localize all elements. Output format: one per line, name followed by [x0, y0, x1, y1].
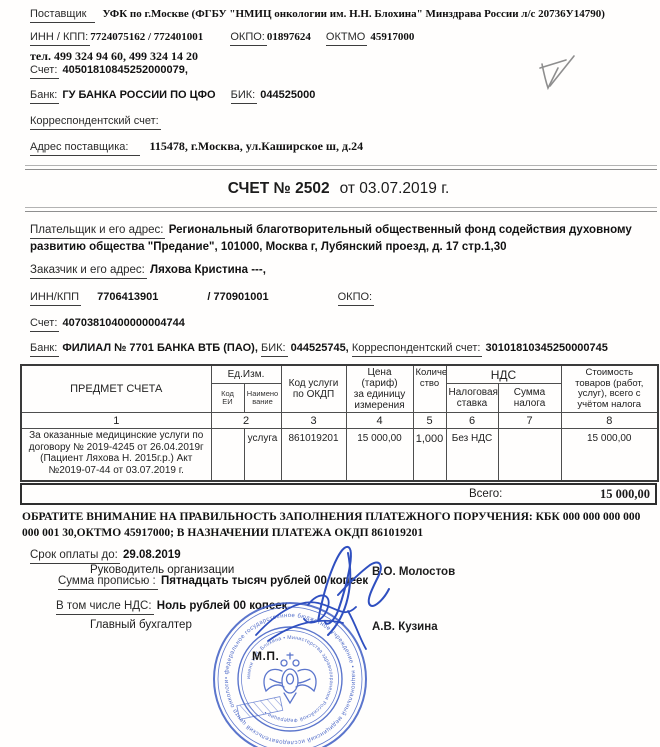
supplier-bik-label: БИК:	[231, 88, 258, 104]
col-unit-header: Ед.Изм.	[211, 365, 281, 384]
cell-vat-sum	[498, 429, 561, 482]
supplier-bank-value: ГУ БАНКА РОССИИ ПО ЦФО	[62, 89, 215, 101]
cell-service-code: 861019201	[281, 429, 346, 482]
invoice-document: Поставщик УФК по г.Москве (ФГБУ "НМИЦ он…	[0, 0, 660, 747]
cell-unit-name: услуга	[244, 429, 281, 482]
due-date-value: 29.08.2019	[123, 549, 181, 561]
amount-in-words-label: Сумма прописью :	[58, 574, 158, 590]
column-numbers-row: 1 2 3 4 5 6 7 8	[21, 413, 658, 429]
supplier-corr-line: Корреспондентский счет:	[30, 114, 652, 130]
invoice-date: от 03.07.2019 г.	[340, 180, 450, 198]
payer-corr-value: 30101810345250000745	[486, 342, 608, 354]
payer-account-label: Счет:	[30, 316, 59, 332]
col-price-header: Цена (тариф) за единицу измерения	[346, 365, 413, 413]
supplier-bank-label: Банк:	[30, 88, 59, 104]
payer-bank-label: Банк:	[30, 341, 59, 357]
col-num: 4	[346, 413, 413, 429]
accountant-signature	[248, 583, 373, 653]
col-unit-code-header: Код ЕИ	[211, 384, 244, 413]
payer-inn-value: 7706413901	[97, 291, 158, 303]
table-header-row: ПРЕДМЕТ СЧЕТА Ед.Изм. Код услуги по ОКДП…	[21, 365, 658, 384]
col-num: 8	[561, 413, 658, 429]
supplier-label: Поставщик	[30, 7, 95, 23]
supplier-address-value: 115478, г.Москва, ул.Каширское ш, д.24	[149, 139, 363, 153]
supplier-okpo-value: 01897624	[267, 31, 311, 43]
col-service-code-header: Код услуги по ОКДП	[281, 365, 346, 413]
col-qty-header: Количе ство	[413, 365, 446, 413]
supplier-oktmo-label: ОКТМО	[326, 30, 367, 46]
payer-account-line: Счет: 40703810400000004744	[30, 316, 652, 332]
supplier-corr-label: Корреспондентский счет:	[30, 114, 161, 130]
due-date-label: Срок оплаты до:	[30, 548, 120, 564]
supplier-inn-kpp-label: ИНН / КПП:	[30, 30, 90, 46]
grand-total-row: Всего: 15 000,00	[20, 483, 657, 505]
table-row: За оказанные медицинские услуги по догов…	[21, 429, 658, 482]
supplier-bik-value: 044525000	[260, 89, 315, 101]
invoice-items-table: ПРЕДМЕТ СЧЕТА Ед.Изм. Код услуги по ОКДП…	[20, 364, 659, 482]
pencil-check-mark	[528, 46, 580, 94]
supplier-oktmo-value: 45917000	[370, 31, 414, 43]
supplier-account-value: 40501810845252000079,	[62, 64, 187, 76]
payer-line: Плательщик и его адрес: Региональный бла…	[30, 222, 652, 255]
col-num: 1	[21, 413, 211, 429]
cell-total: 15 000,00	[561, 429, 658, 482]
payer-bank-line: Банк: ФИЛИАЛ № 7701 БАНКА ВТБ (ПАО), БИК…	[30, 341, 652, 357]
payer-inn-kpp-label: ИНН/КПП	[30, 290, 81, 306]
divider-below-title	[25, 207, 657, 212]
payer-okpo-label: ОКПО:	[338, 290, 374, 306]
supplier-address-line: Адрес поставщика: 115478, г.Москва, ул.К…	[30, 139, 652, 156]
customer-line: Заказчик и его адрес: Ляхова Кристина --…	[30, 263, 652, 279]
payer-corr-label: Корреспондентский счет:	[352, 341, 483, 357]
col-unit-name-header: Наимено вание	[244, 384, 281, 413]
supplier-inn-kpp-value: 7724075162 / 772401001	[90, 31, 203, 43]
invoice-title: СЧЕТ № 2502 от 03.07.2019 г.	[25, 170, 652, 207]
col-total-header: Стоимость товаров (работ, услуг), всего …	[561, 365, 658, 413]
grand-total-value: 15 000,00	[600, 487, 655, 502]
cell-price: 15 000,00	[346, 429, 413, 482]
col-num: 2	[211, 413, 281, 429]
col-num: 3	[281, 413, 346, 429]
payer-label: Плательщик и его адрес:	[30, 222, 165, 239]
col-num: 5	[413, 413, 446, 429]
customer-label: Заказчик и его адрес:	[30, 263, 147, 279]
supplier-address-label: Адрес поставщика:	[30, 140, 140, 156]
col-vat-header: НДС	[446, 365, 561, 384]
supplier-account-label: Счет:	[30, 63, 59, 79]
col-vat-rate-header: Налоговая ставка	[446, 384, 498, 413]
col-subject-header: ПРЕДМЕТ СЧЕТА	[21, 365, 211, 413]
supplier-name: УФК по г.Москве (ФГБУ "НМИЦ онкологии им…	[102, 8, 604, 20]
accountant-title: Главный бухгалтер	[90, 619, 192, 631]
cell-subject: За оказанные медицинские услуги по догов…	[21, 429, 211, 482]
customer-value: Ляхова Кристина ---,	[150, 264, 266, 276]
cell-vat-rate: Без НДС	[446, 429, 498, 482]
payer-kpp-value: / 770901001	[207, 291, 268, 303]
supplier-okpo-label: ОКПО:	[230, 30, 266, 46]
invoice-number: СЧЕТ № 2502	[228, 180, 330, 198]
col-num: 6	[446, 413, 498, 429]
col-num: 7	[498, 413, 561, 429]
director-title: Руководитель организации	[90, 564, 234, 576]
payer-codes-line: ИНН/КПП 7706413901 / 770901001 ОКПО:	[30, 290, 652, 306]
cell-unit-code	[211, 429, 244, 482]
cell-qty: 1,000	[413, 429, 446, 482]
grand-total-label: Всего:	[469, 488, 502, 500]
payer-account-value: 40703810400000004744	[62, 317, 184, 329]
supplier-codes-line: ИНН / КПП:7724075162 / 772401001 ОКПО:01…	[30, 30, 652, 46]
payer-bank-value: ФИЛИАЛ № 7701 БАНКА ВТБ (ПАО),	[62, 342, 258, 354]
col-vat-sum-header: Сумма налога	[498, 384, 561, 413]
payer-bik-value: 044525745,	[291, 342, 349, 354]
vat-in-words-label: В том числе НДС:	[56, 599, 154, 615]
supplier-line: Поставщик УФК по г.Москве (ФГБУ "НМИЦ он…	[30, 7, 652, 23]
payer-bik-label: БИК:	[261, 341, 288, 357]
